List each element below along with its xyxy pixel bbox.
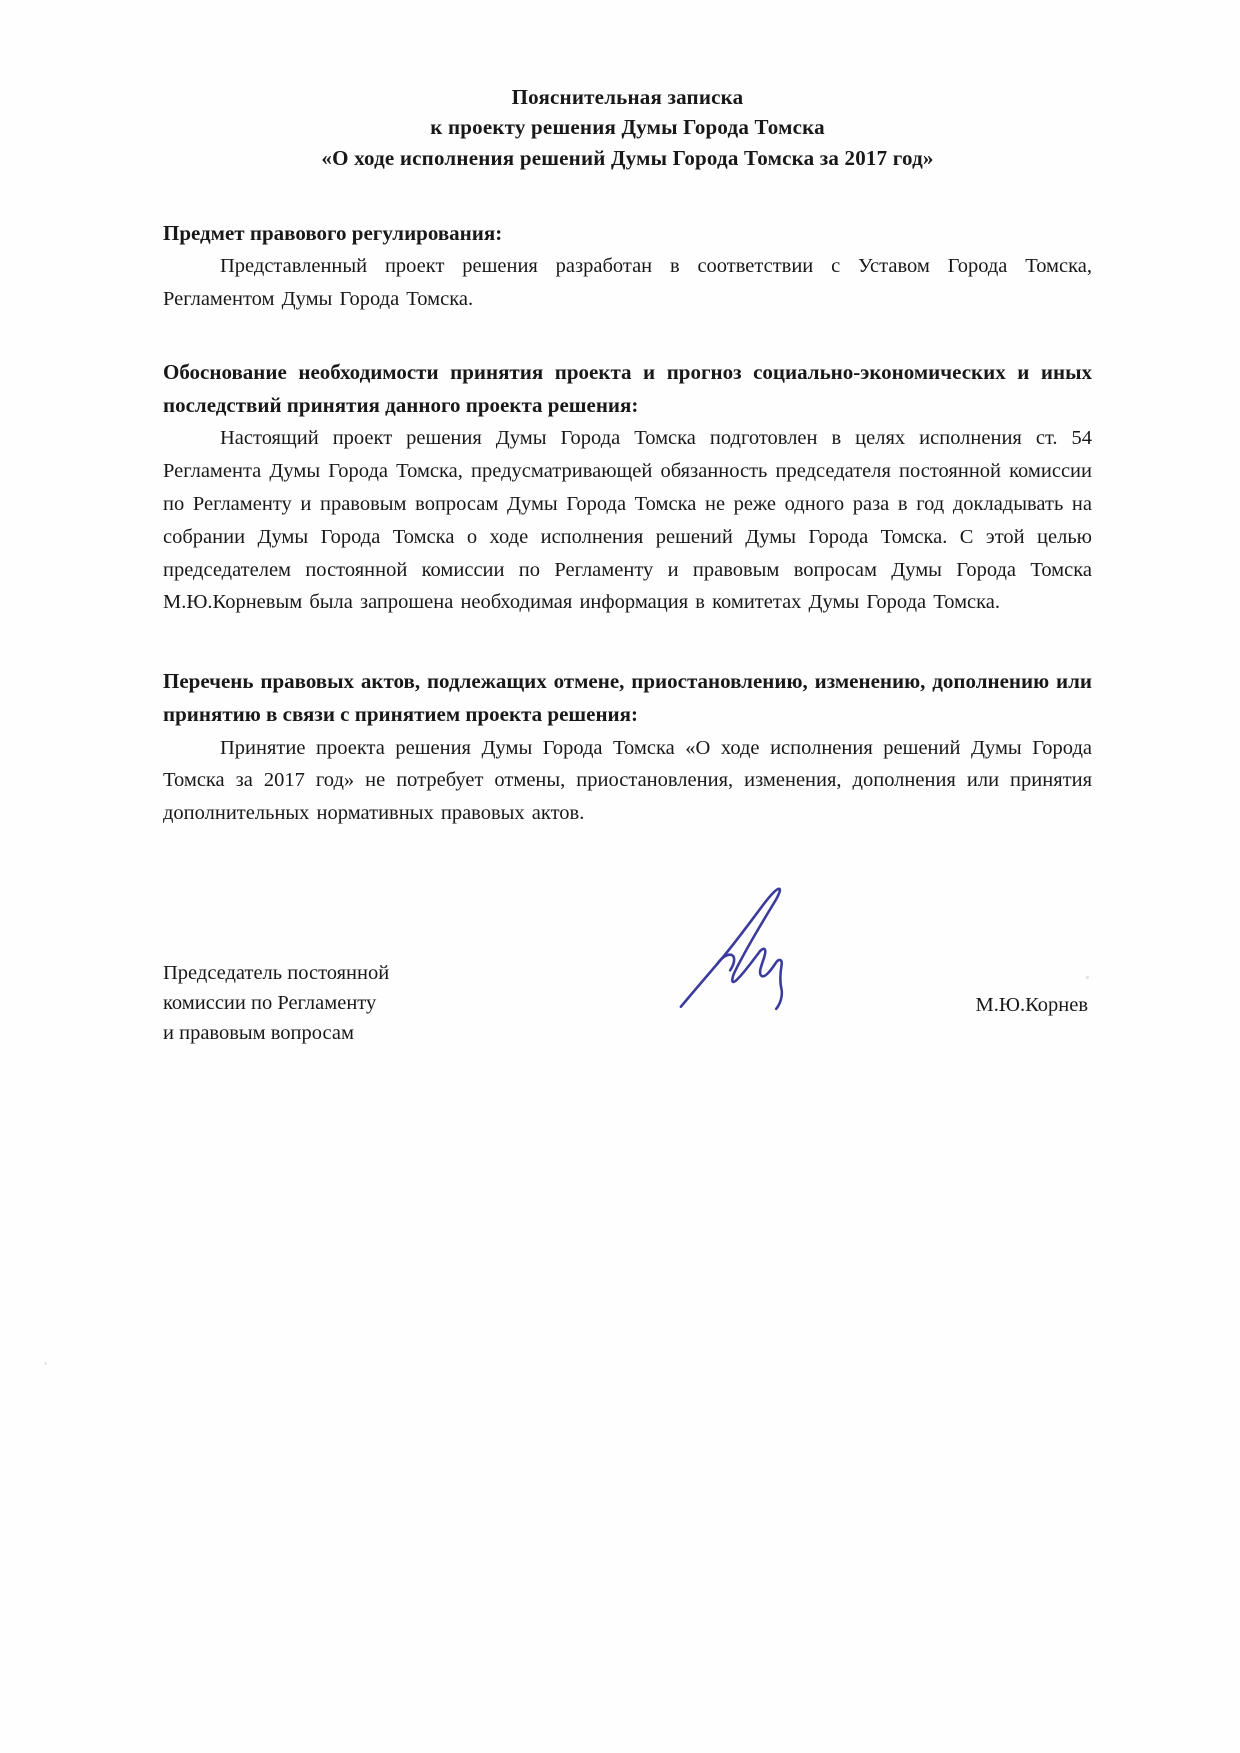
spacer xyxy=(163,619,1092,665)
document-title-line-1: Пояснительная записка xyxy=(163,82,1092,112)
spacer xyxy=(163,316,1092,356)
scanned-document-page: Пояснительная записка к проекту решения … xyxy=(0,0,1240,1753)
section-heading-acts-list: Перечень правовых актов, подлежащих отме… xyxy=(163,665,1092,731)
section-justification: Обоснование необходимости принятия проек… xyxy=(163,356,1092,619)
spacer xyxy=(163,830,1092,958)
signature-stroke-tail xyxy=(760,949,782,1009)
signer-position-line-2: комиссии по Регламенту xyxy=(163,988,493,1018)
document-title-line-2: к проекту решения Думы Города Томска xyxy=(163,112,1092,142)
signer-name: М.Ю.Корнев xyxy=(976,958,1092,1017)
section-body-justification: Настоящий проект решения Думы Города Том… xyxy=(163,422,1092,619)
signer-position: Председатель постоянной комиссии по Регл… xyxy=(163,958,493,1048)
section-heading-justification: Обоснование необходимости принятия проек… xyxy=(163,356,1092,422)
section-body-subject: Представленный проект решения разработан… xyxy=(163,250,1092,316)
document-content: Пояснительная записка к проекту решения … xyxy=(0,0,1240,1048)
signature-block: Председатель постоянной комиссии по Регл… xyxy=(163,958,1092,1048)
section-heading-subject: Предмет правового регулирования: xyxy=(163,217,1092,250)
section-acts-list: Перечень правовых актов, подлежащих отме… xyxy=(163,665,1092,830)
signature-stroke-loop xyxy=(717,955,734,971)
scan-artifact-speck xyxy=(44,1362,47,1365)
signer-position-line-3: и правовым вопросам xyxy=(163,1018,493,1048)
spacer xyxy=(163,173,1092,217)
signer-position-line-1: Председатель постоянной xyxy=(163,958,493,988)
scan-artifact-speck xyxy=(1086,976,1089,979)
document-title: Пояснительная записка к проекту решения … xyxy=(163,82,1092,173)
document-title-line-3: «О ходе исполнения решений Думы Города Т… xyxy=(163,143,1092,173)
section-body-acts-list: Принятие проекта решения Думы Города Том… xyxy=(163,732,1092,830)
section-subject: Предмет правового регулирования: Предста… xyxy=(163,217,1092,316)
